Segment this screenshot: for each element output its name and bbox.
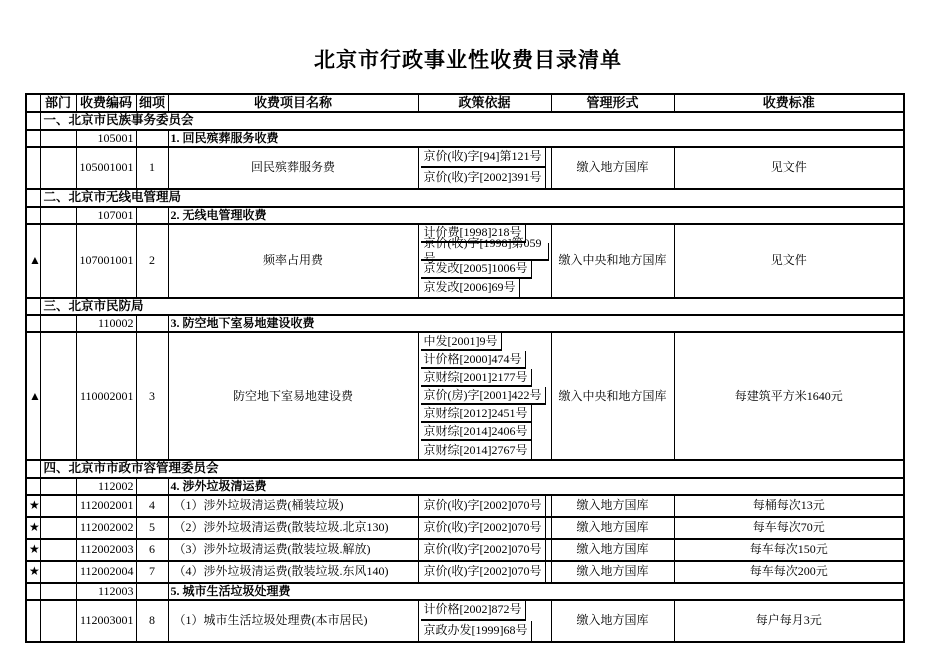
department-cell [40, 539, 76, 561]
group-row: 1100023. 防空地下室易地建设收费 [26, 315, 904, 332]
header-fee-standard: 收费标准 [674, 94, 904, 112]
header-detail-no: 细项 [136, 94, 168, 112]
policy-basis-cell: 京价(收)字[94]第121号京价(收)字[2002]391号 [418, 147, 551, 189]
group-name-cell: 2. 无线电管理收费 [168, 207, 904, 224]
symbol-cell [26, 583, 40, 600]
policy-ref-box: 京价(房)字[2001]422号 [421, 387, 546, 405]
policy-ref-box: 京价(收)字[2002]070号 [421, 562, 546, 582]
symbol-cell [26, 315, 40, 332]
fee-code-cell: 110002001 [76, 332, 136, 460]
policy-ref-box: 京发改[2006]69号 [421, 279, 520, 297]
department-cell [40, 332, 76, 460]
policy-basis-cell: 计价格[2002]872号京政办发[1999]68号 [418, 600, 551, 642]
department-cell [40, 478, 76, 495]
detail-no-cell [136, 207, 168, 224]
department-cell [40, 495, 76, 517]
fee-code-cell: 112002004 [76, 561, 136, 583]
triangle-marker-cell: ▲ [26, 224, 40, 298]
group-name-cell: 1. 回民殡葬服务收费 [168, 130, 904, 147]
fee-name-cell: （1）涉外垃圾清运费(桶装垃圾) [168, 495, 418, 517]
detail-no-cell [136, 583, 168, 600]
fee-name-cell: （4）涉外垃圾清运费(散装垃圾.东风140) [168, 561, 418, 583]
fee-catalog-table: 部门 收费编码 细项 收费项目名称 政策依据 管理形式 收费标准 一、北京市民族… [25, 93, 905, 643]
symbol-cell [26, 298, 40, 316]
fee-code-cell: 112003001 [76, 600, 136, 642]
detail-no-cell: 1 [136, 147, 168, 189]
management-form-cell: 缴入地方国库 [551, 495, 674, 517]
header-management-form: 管理形式 [551, 94, 674, 112]
detail-no-cell: 7 [136, 561, 168, 583]
fee-standard-cell: 每户每月3元 [674, 600, 904, 642]
fee-code-cell: 112002003 [76, 539, 136, 561]
group-code-cell: 107001 [76, 207, 136, 224]
star-marker-cell: ★ [26, 495, 40, 517]
fee-code-cell: 105001001 [76, 147, 136, 189]
symbol-cell [26, 460, 40, 478]
department-cell [40, 224, 76, 298]
policy-ref-box: 京价(收)字[1998]第059号 [421, 243, 549, 261]
group-row: 1120035. 城市生活垃圾处理费 [26, 583, 904, 600]
header-fee-code: 收费编码 [76, 94, 136, 112]
group-name-cell: 3. 防空地下室易地建设收费 [168, 315, 904, 332]
symbol-cell [26, 189, 40, 207]
department-cell [40, 517, 76, 539]
policy-ref-box: 京财综[2014]2767号 [421, 441, 532, 459]
policy-ref-box: 京发改[2005]1006号 [421, 261, 532, 279]
department-cell [40, 130, 76, 147]
fee-standard-cell: 每车每次200元 [674, 561, 904, 583]
management-form-cell: 缴入地方国库 [551, 539, 674, 561]
policy-ref-box: 京价(收)字[2002]070号 [421, 518, 546, 538]
fee-item-row: ▲1070010012频率占用费计价费[1998]218号京价(收)字[1998… [26, 224, 904, 298]
fee-code-cell: 112002002 [76, 517, 136, 539]
management-form-cell: 缴入中央和地方国库 [551, 224, 674, 298]
department-cell [40, 600, 76, 642]
policy-ref-box: 京价(收)字[2002]070号 [421, 540, 546, 560]
group-row: 1070012. 无线电管理收费 [26, 207, 904, 224]
header-row: 部门 收费编码 细项 收费项目名称 政策依据 管理形式 收费标准 [26, 94, 904, 112]
triangle-marker-cell: ▲ [26, 332, 40, 460]
star-marker-cell: ★ [26, 539, 40, 561]
group-code-cell: 112003 [76, 583, 136, 600]
group-name-cell: 5. 城市生活垃圾处理费 [168, 583, 904, 600]
group-code-cell: 110002 [76, 315, 136, 332]
section-title: 三、北京市民防局 [40, 298, 904, 316]
fee-standard-cell: 每车每次150元 [674, 539, 904, 561]
fee-item-row: 1050010011回民殡葬服务费京价(收)字[94]第121号京价(收)字[2… [26, 147, 904, 189]
management-form-cell: 缴入地方国库 [551, 517, 674, 539]
group-name-cell: 4. 涉外垃圾清运费 [168, 478, 904, 495]
management-form-cell: 缴入地方国库 [551, 147, 674, 189]
department-cell [40, 147, 76, 189]
fee-item-row: ★1120020047（4）涉外垃圾清运费(散装垃圾.东风140)京价(收)字[… [26, 561, 904, 583]
detail-no-cell: 3 [136, 332, 168, 460]
fee-name-cell: （2）涉外垃圾清运费(散装垃圾.北京130) [168, 517, 418, 539]
corner-cell [26, 94, 40, 112]
policy-ref-box: 京财综[2012]2451号 [421, 405, 532, 423]
page-title: 北京市行政事业性收费目录清单 [0, 44, 936, 74]
management-form-cell: 缴入中央和地方国库 [551, 332, 674, 460]
fee-name-cell: 回民殡葬服务费 [168, 147, 418, 189]
policy-basis-cell: 京价(收)字[2002]070号 [418, 561, 551, 583]
detail-no-cell: 5 [136, 517, 168, 539]
symbol-cell [26, 600, 40, 642]
policy-ref-box: 计价格[2000]474号 [421, 351, 526, 369]
policy-basis-cell: 京价(收)字[2002]070号 [418, 517, 551, 539]
detail-no-cell: 8 [136, 600, 168, 642]
header-policy-basis: 政策依据 [418, 94, 551, 112]
policy-ref-box: 京政办发[1999]68号 [421, 621, 532, 641]
policy-ref-box: 中发[2001]9号 [421, 333, 502, 351]
fee-name-cell: 频率占用费 [168, 224, 418, 298]
fee-item-row: ▲1100020013防空地下室易地建设费中发[2001]9号计价格[2000]… [26, 332, 904, 460]
fee-item-row: ★1120020036（3）涉外垃圾清运费(散装垃圾.解放)京价(收)字[200… [26, 539, 904, 561]
department-cell [40, 315, 76, 332]
fee-code-cell: 112002001 [76, 495, 136, 517]
management-form-cell: 缴入地方国库 [551, 600, 674, 642]
policy-basis-cell: 京价(收)字[2002]070号 [418, 539, 551, 561]
policy-ref-box: 京价(收)字[94]第121号 [421, 148, 546, 168]
fee-code-cell: 107001001 [76, 224, 136, 298]
header-department: 部门 [40, 94, 76, 112]
fee-item-row: 1120030018（1）城市生活垃圾处理费(本市居民)计价格[2002]872… [26, 600, 904, 642]
header-fee-item-name: 收费项目名称 [168, 94, 418, 112]
section-title: 四、北京市市政市容管理委员会 [40, 460, 904, 478]
group-row: 1120024. 涉外垃圾清运费 [26, 478, 904, 495]
symbol-cell [26, 112, 40, 130]
policy-ref-box: 京财综[2001]2177号 [421, 369, 532, 387]
section-row: 四、北京市市政市容管理委员会 [26, 460, 904, 478]
table-body: 一、北京市民族事务委员会1050011. 回民殡葬服务收费1050010011回… [26, 112, 904, 642]
fee-standard-cell: 每桶每次13元 [674, 495, 904, 517]
section-title: 一、北京市民族事务委员会 [40, 112, 904, 130]
symbol-cell [26, 478, 40, 495]
detail-no-cell: 2 [136, 224, 168, 298]
detail-no-cell: 4 [136, 495, 168, 517]
policy-basis-cell: 京价(收)字[2002]070号 [418, 495, 551, 517]
symbol-cell [26, 207, 40, 224]
fee-item-row: ★1120020014（1）涉外垃圾清运费(桶装垃圾)京价(收)字[2002]0… [26, 495, 904, 517]
fee-name-cell: 防空地下室易地建设费 [168, 332, 418, 460]
management-form-cell: 缴入地方国库 [551, 561, 674, 583]
fee-standard-cell: 见文件 [674, 224, 904, 298]
detail-no-cell: 6 [136, 539, 168, 561]
document-page: 北京市行政事业性收费目录清单 部门 收费编码 细项 收费项目名称 政策依据 管理… [0, 0, 936, 662]
fee-item-row: ★1120020025（2）涉外垃圾清运费(散装垃圾.北京130)京价(收)字[… [26, 517, 904, 539]
section-row: 一、北京市民族事务委员会 [26, 112, 904, 130]
fee-name-cell: （3）涉外垃圾清运费(散装垃圾.解放) [168, 539, 418, 561]
group-row: 1050011. 回民殡葬服务收费 [26, 130, 904, 147]
group-code-cell: 112002 [76, 478, 136, 495]
policy-ref-box: 京价(收)字[2002]070号 [421, 496, 546, 516]
star-marker-cell: ★ [26, 517, 40, 539]
department-cell [40, 583, 76, 600]
fee-standard-cell: 每建筑平方米1640元 [674, 332, 904, 460]
policy-basis-cell: 中发[2001]9号计价格[2000]474号京财综[2001]2177号京价(… [418, 332, 551, 460]
fee-name-cell: （1）城市生活垃圾处理费(本市居民) [168, 600, 418, 642]
section-row: 三、北京市民防局 [26, 298, 904, 316]
department-cell [40, 561, 76, 583]
group-code-cell: 105001 [76, 130, 136, 147]
fee-standard-cell: 见文件 [674, 147, 904, 189]
policy-basis-cell: 计价费[1998]218号京价(收)字[1998]第059号京发改[2005]1… [418, 224, 551, 298]
policy-ref-box: 京财综[2014]2406号 [421, 423, 532, 441]
department-cell [40, 207, 76, 224]
section-row: 二、北京市无线电管理局 [26, 189, 904, 207]
symbol-cell [26, 147, 40, 189]
symbol-cell [26, 130, 40, 147]
section-title: 二、北京市无线电管理局 [40, 189, 904, 207]
fee-standard-cell: 每车每次70元 [674, 517, 904, 539]
detail-no-cell [136, 130, 168, 147]
detail-no-cell [136, 478, 168, 495]
detail-no-cell [136, 315, 168, 332]
policy-ref-box: 计价格[2002]872号 [421, 601, 526, 621]
policy-ref-box: 京价(收)字[2002]391号 [421, 168, 546, 188]
star-marker-cell: ★ [26, 561, 40, 583]
